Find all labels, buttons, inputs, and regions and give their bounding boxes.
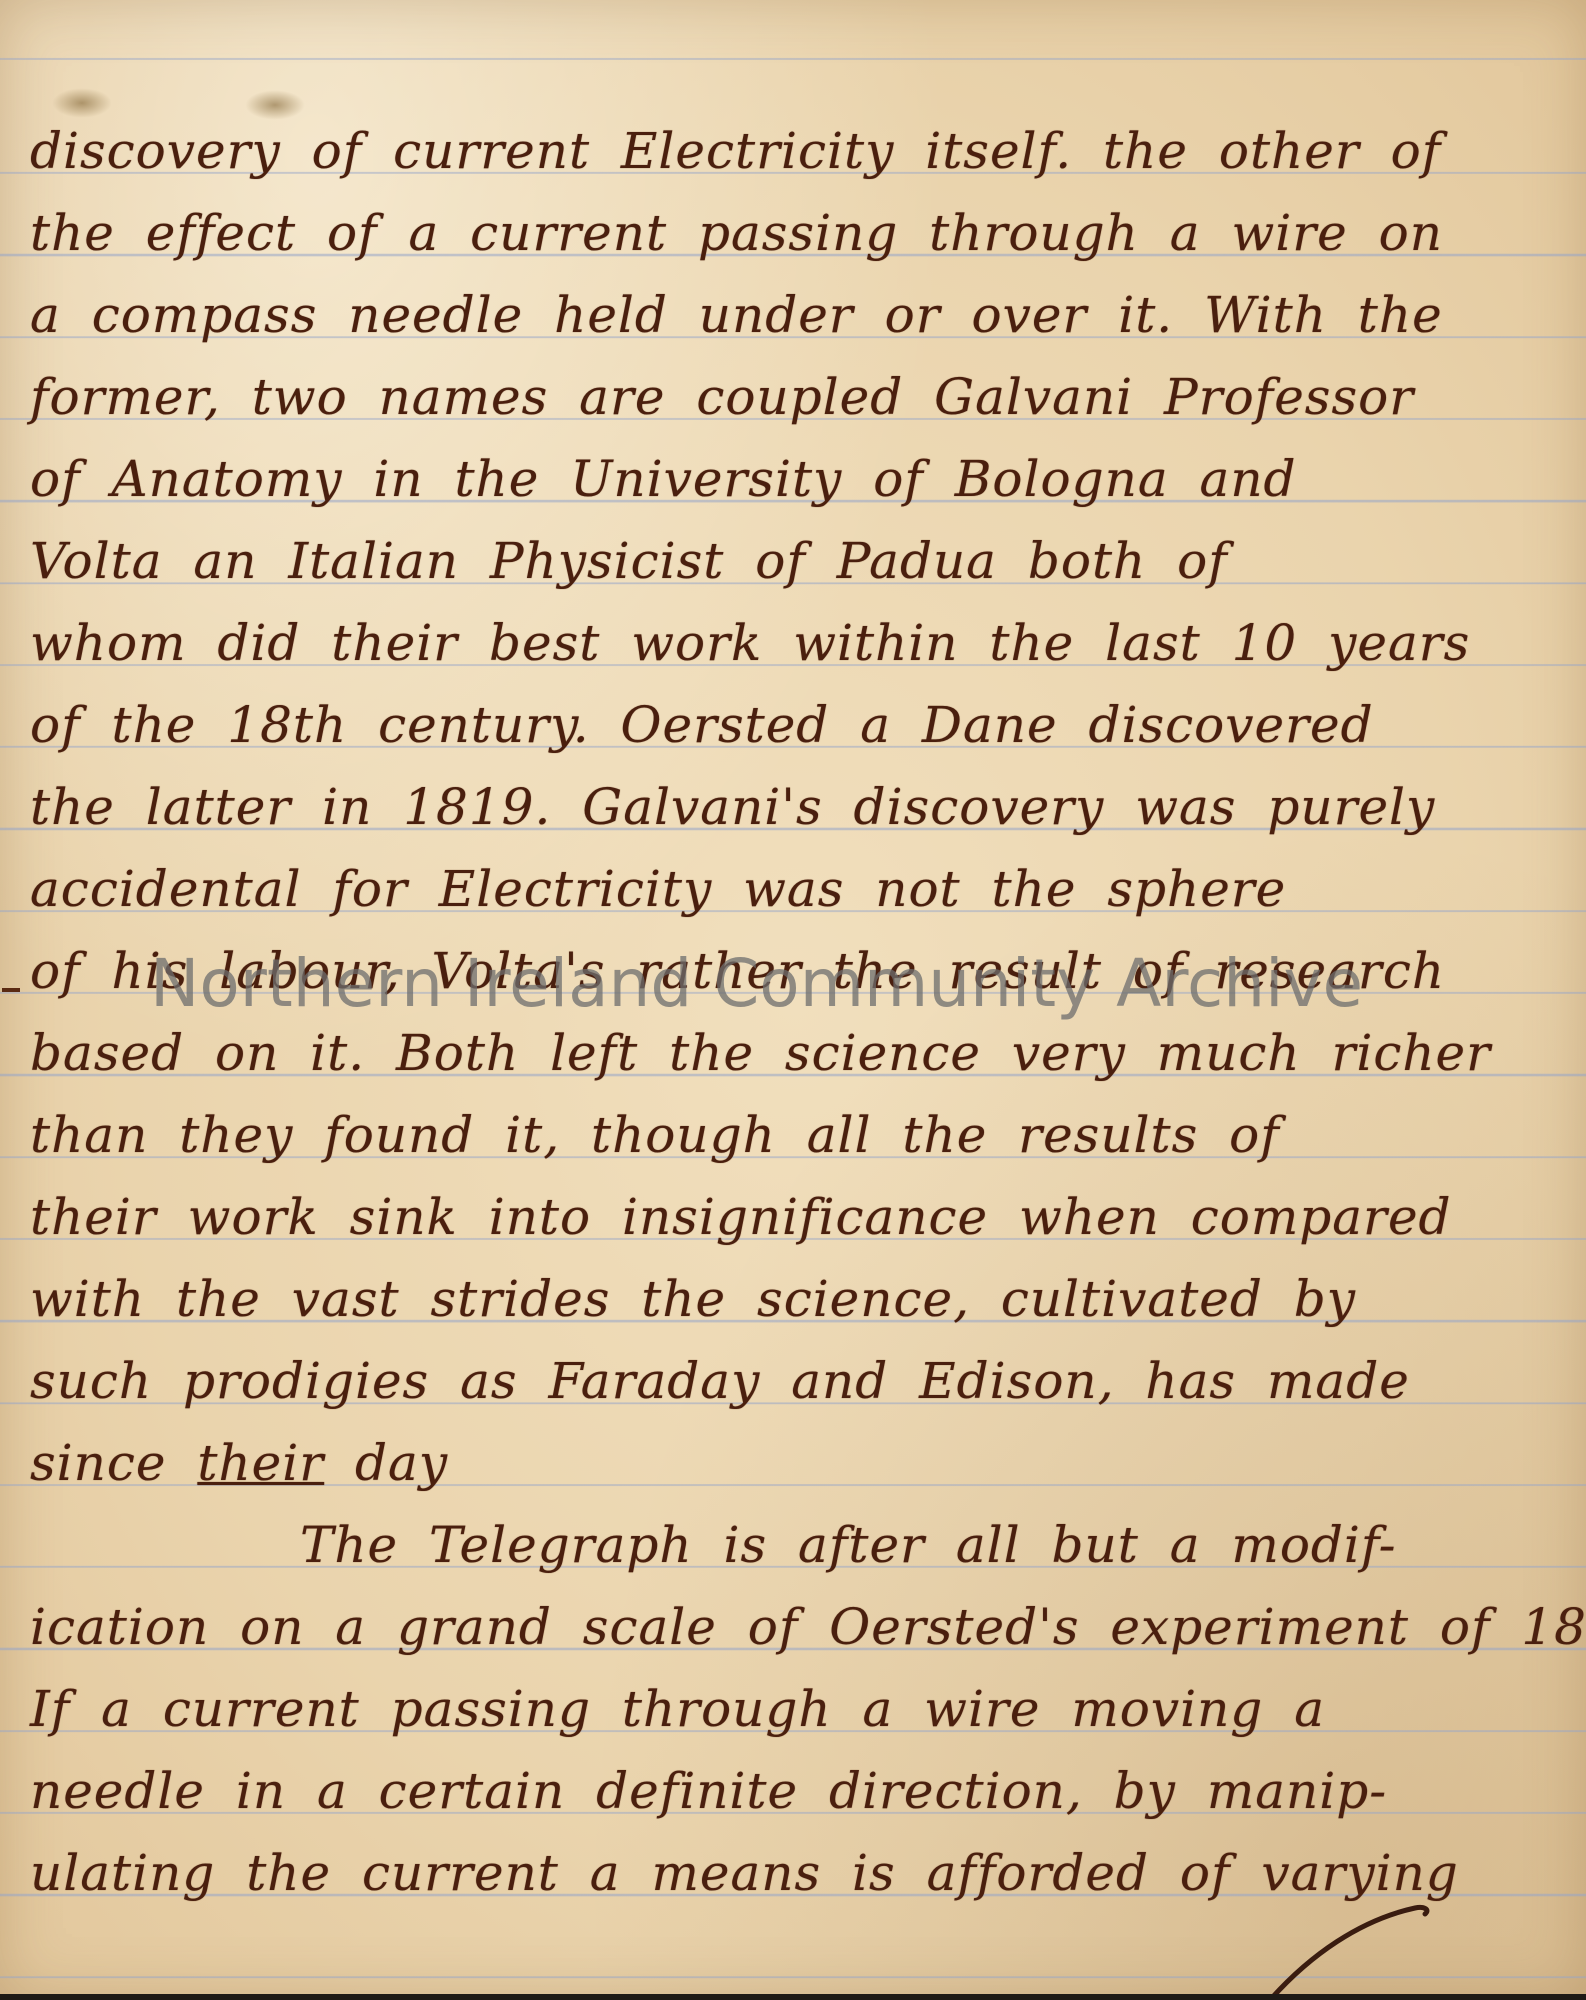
text-line: of Anatomy in the University of Bologna … — [30, 438, 1570, 520]
text-line: whom did their best work within the last… — [30, 602, 1570, 684]
pen-stroke-mark — [1240, 1900, 1480, 2000]
text-line: based on it. Both left the science very … — [30, 1012, 1570, 1094]
text-line: Volta an Italian Physicist of Padua both… — [30, 520, 1570, 602]
text-line: than they found it, though all the resul… — [30, 1094, 1570, 1176]
text-line: accidental for Electricity was not the s… — [30, 848, 1570, 930]
page-bottom-edge — [0, 1994, 1586, 2000]
handwritten-text: discovery of current Electricity itself.… — [30, 110, 1570, 1914]
text-line: If a current passing through a wire movi… — [30, 1668, 1570, 1750]
text-line: with the vast strides the science, culti… — [30, 1258, 1570, 1340]
text-line: discovery of current Electricity itself.… — [30, 110, 1570, 192]
text-line: the latter in 1819. Galvani's discovery … — [30, 766, 1570, 848]
margin-mark — [2, 988, 20, 992]
underlined-word: their — [197, 1434, 324, 1492]
text-line: a compass needle held under or over it. … — [30, 274, 1570, 356]
text-line: of the 18th century. Oersted a Dane disc… — [30, 684, 1570, 766]
text-line: former, two names are coupled Galvani Pr… — [30, 356, 1570, 438]
text-line: ication on a grand scale of Oersted's ex… — [30, 1586, 1570, 1668]
text-line-paragraph-start: The Telegraph is after all but a modif- — [30, 1504, 1570, 1586]
text-line: needle in a certain definite direction, … — [30, 1750, 1570, 1832]
text-line: such prodigies as Faraday and Edison, ha… — [30, 1340, 1570, 1422]
text-line: the effect of a current passing through … — [30, 192, 1570, 274]
text-segment: day — [355, 1434, 448, 1492]
text-line: since their day — [30, 1422, 1570, 1504]
manuscript-page: discovery of current Electricity itself.… — [0, 0, 1586, 2000]
text-line: of his labour, Volta's rather the result… — [30, 930, 1570, 1012]
text-line: their work sink into insignificance when… — [30, 1176, 1570, 1258]
text-segment: since — [30, 1434, 166, 1492]
